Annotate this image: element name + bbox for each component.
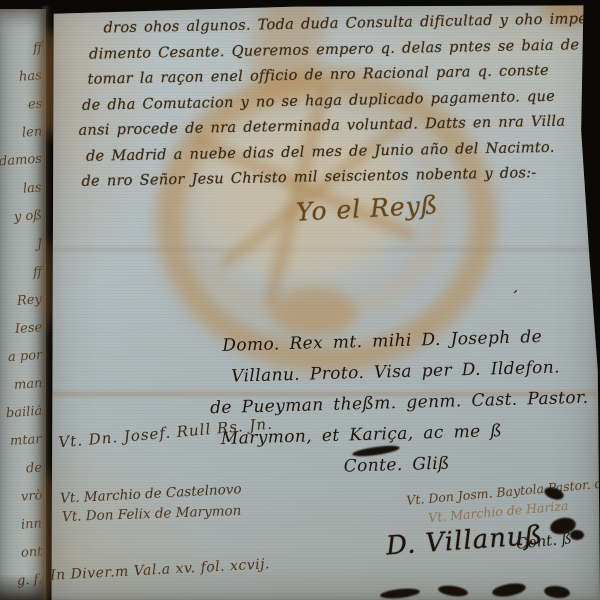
ink-mark: ’ xyxy=(510,288,518,305)
facing-page-word-fragment: man xyxy=(13,376,42,393)
archival-note: In Diver.m Val.a xv. fol. xcvij. xyxy=(50,556,271,583)
facing-page-word-fragment: mtar xyxy=(10,432,43,449)
signature-left-3: Vt. Don Felix de Marymon xyxy=(62,503,242,525)
facing-page-word-fragment: a por xyxy=(7,348,42,365)
manuscript-photo: ffhaseslendamoslasy oßJffReyIesea porman… xyxy=(0,0,600,600)
facing-page-word-fragment: damos xyxy=(0,152,42,170)
facing-page-word-fragment: bailiá xyxy=(5,404,42,421)
cut-stroke xyxy=(543,585,570,600)
manuscript-page: dros ohos algunos. Toda duda Consulta di… xyxy=(46,0,600,600)
facing-page-word-fragment: y oß xyxy=(14,208,43,225)
decree-text-block: dros ohos algunos. Toda duda Consulta di… xyxy=(76,7,590,195)
latin-notarial-block: Domo. Rex mt. mihi D. Joseph deVillanu. … xyxy=(208,321,591,487)
facing-page-word-fragment: Rey xyxy=(17,292,43,309)
cut-stroke xyxy=(437,584,468,598)
ink-blot xyxy=(570,530,584,540)
cut-stroke xyxy=(380,587,421,600)
cut-stroke xyxy=(491,581,527,599)
facing-page-word-fragment: Iese xyxy=(14,320,42,337)
